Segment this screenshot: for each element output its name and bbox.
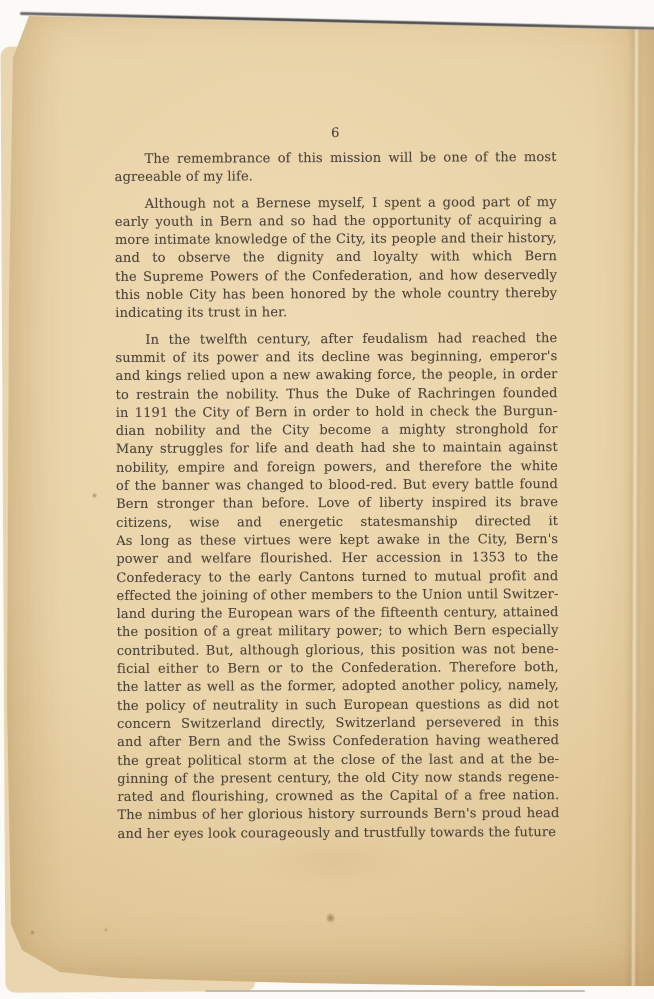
text-line: early youth in Bern and so had the oppor… (115, 212, 557, 232)
paper-sheet: 6 The remembrance of this mission will b… (0, 0, 654, 999)
paper-speck (30, 930, 35, 935)
text-line: the latter as well as the former, adopte… (117, 677, 559, 697)
ink-stain (326, 912, 335, 924)
text-line: The nimbus of her glorious history surro… (117, 805, 559, 825)
text-line: land during the European wars of the fif… (117, 604, 559, 624)
text-line: ficial either to Bern or to the Confeder… (117, 659, 559, 679)
text-line: effected the joining of other members to… (116, 586, 558, 606)
text-line: of the banner was changed to blood-red. … (116, 476, 558, 496)
scanned-page-background: 6 The remembrance of this mission will b… (0, 0, 654, 999)
text-line: Many struggles for life and death had sh… (116, 439, 558, 459)
text-line: and to observe the dignity and loyalty w… (115, 249, 557, 269)
text-line: citizens, wise and energetic statesmansh… (116, 513, 558, 533)
text-line: As long as these virtues were kept awake… (116, 531, 558, 551)
text-line: concern Switzerland directly, Switzerlan… (117, 714, 559, 734)
text-line: the position of a great military power; … (117, 622, 559, 642)
text-line: power and welfare flourished. Her access… (116, 549, 558, 569)
paper-speck (92, 492, 97, 499)
paragraph: The remembrance of this mission will be … (115, 149, 557, 188)
text-line: ginning of the present century, the old … (117, 769, 559, 789)
text-line: indicating its trust in her. (115, 303, 557, 323)
text-line: nobility, empire and foreign powers, and… (116, 458, 558, 478)
text-line: dian nobility and the City become a migh… (116, 421, 558, 441)
text-line: rated and flourishing, crowned as the Ca… (117, 787, 559, 807)
text-line: the Supreme Powers of the Confederation,… (115, 267, 557, 287)
text-line: and kings relied upon a new awaking forc… (115, 366, 557, 386)
text-line: to restrain the nobility. Thus the Duke … (116, 385, 558, 405)
text-line: The remembrance of this mission will be … (115, 149, 557, 169)
text-line: and her eyes look courageously and trust… (117, 824, 559, 844)
underlying-page-edge (205, 990, 585, 992)
text-line: in 1191 the City of Bern in order to hol… (116, 403, 558, 423)
text-block: The remembrance of this mission will be … (115, 149, 560, 844)
fold-crease (624, 18, 643, 986)
text-line: In the twelfth century, after feudalism … (115, 330, 557, 350)
text-line: Confederacy to the early Cantons turned … (116, 568, 558, 588)
text-line: the great political storm at the close o… (117, 751, 559, 771)
text-line: and after Bern and the Swiss Confederati… (117, 732, 559, 752)
page-content: 6 The remembrance of this mission will b… (114, 125, 559, 844)
paper-speck (104, 928, 108, 932)
text-line: Bern stronger than before. Love of liber… (116, 494, 558, 514)
text-line: agreeable of my life. (115, 167, 557, 187)
text-line: more intimate knowledge of the City, its… (115, 230, 557, 250)
text-line: Although not a Bernese myself, I spent a… (115, 194, 557, 214)
page-number: 6 (114, 125, 556, 143)
paragraph: Although not a Bernese myself, I spent a… (115, 194, 558, 324)
paragraph: In the twelfth century, after feudalism … (115, 330, 559, 844)
text-line: summit of its power and its decline was … (115, 348, 557, 368)
text-line: contributed. But, although glorious, thi… (117, 641, 559, 661)
text-line: the policy of neutrality in such Europea… (117, 696, 559, 716)
text-line: this noble City has been honored by the … (115, 285, 557, 305)
